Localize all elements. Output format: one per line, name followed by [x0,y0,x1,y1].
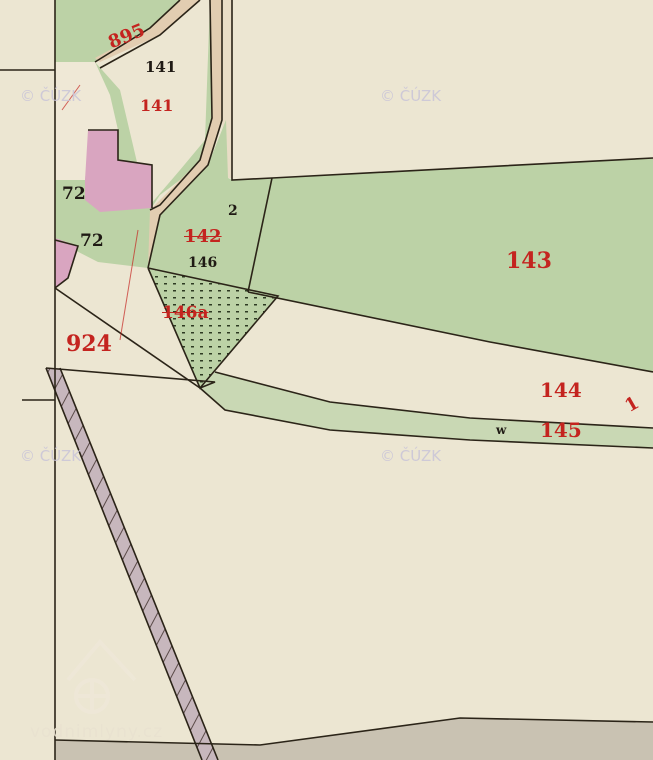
parcel-label-72: 72 [62,186,86,203]
hatched-strip [46,368,218,760]
parcel-label-924: 924 [66,333,112,355]
parcel-label-146a: 146a [162,305,209,322]
parcel-label-w: w [496,424,506,436]
parcel-label-141: 141 [145,60,176,75]
watermark-cuzk: © ČÚZK [380,447,441,465]
site-logo-text: vodnimlyny.cz [30,722,163,742]
parcel-label-141-red: 141 [140,98,173,114]
parcel-label-2: 2 [228,204,238,218]
parcel-upper-field [232,0,653,180]
watermark-cuzk: © ČÚZK [20,447,81,465]
watermark-cuzk: © ČÚZK [380,87,441,105]
watermill-icon [68,642,135,712]
parcel-label-146: 146 [188,256,217,270]
parcel-label-144: 144 [540,380,582,400]
parcel-143 [248,158,653,372]
watermark-cuzk: © ČÚZK [20,87,81,105]
parcel-label-143: 143 [506,250,552,272]
parcel-label-142: 142 [184,228,222,246]
cadastral-map[interactable]: © ČÚZK © ČÚZK © ČÚZK © ČÚZK 895 141 141 … [0,0,653,760]
parcel-label-145: 145 [540,420,582,440]
parcel-label-72: 72 [80,233,104,250]
